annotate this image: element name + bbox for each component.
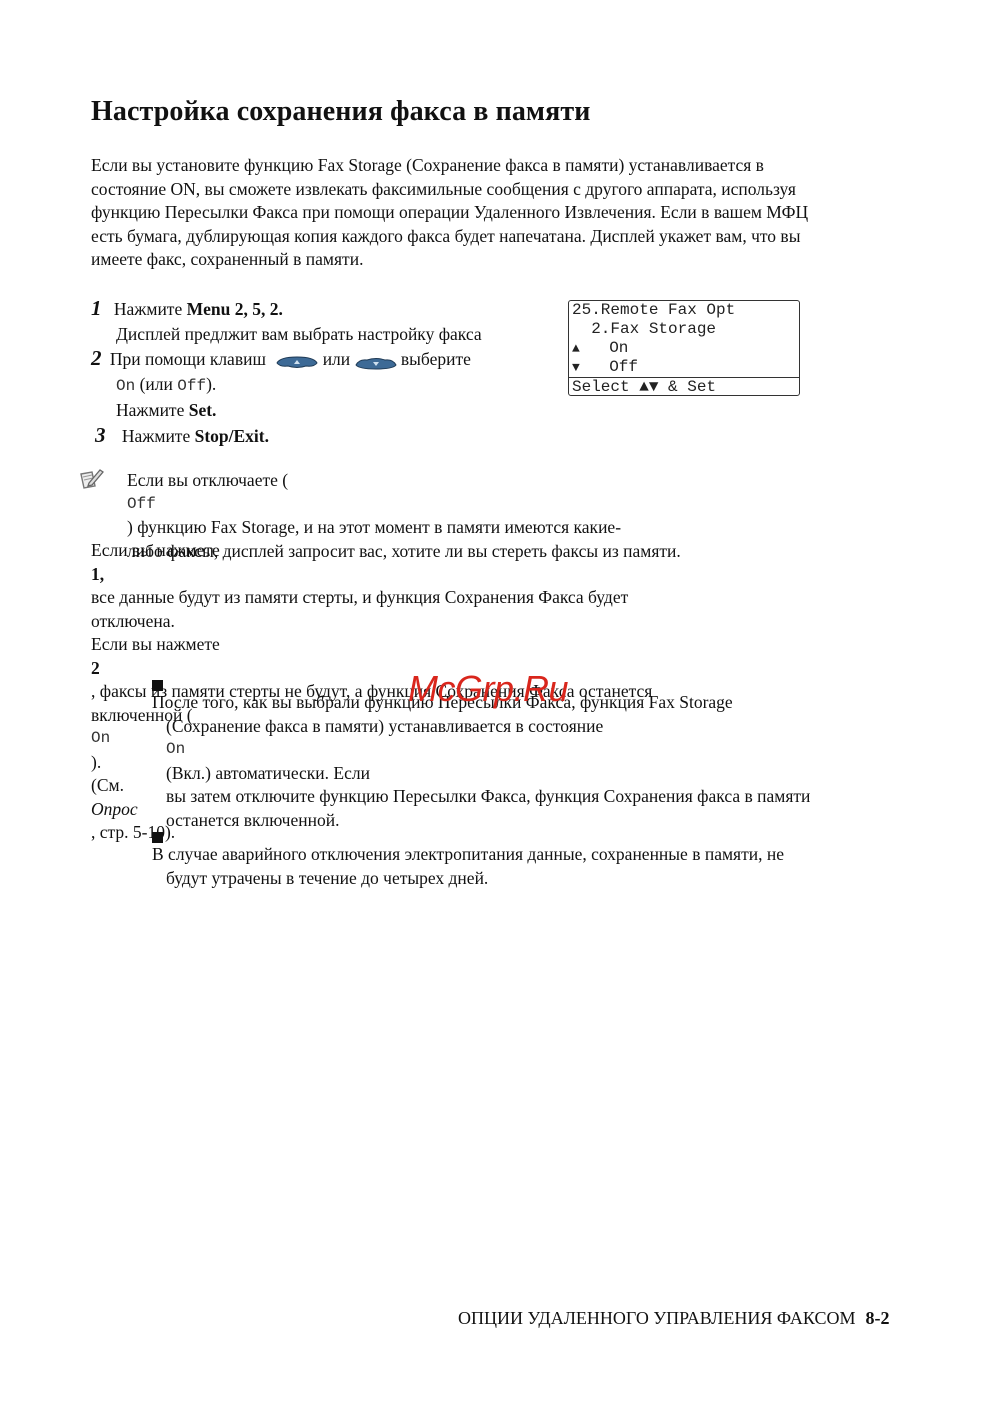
lcd-line: ▲ On xyxy=(569,339,799,358)
step-text: ). xyxy=(206,374,216,394)
step-text: Нажмите xyxy=(116,400,189,420)
step-number: 3 xyxy=(95,423,106,448)
page-number: 8-2 xyxy=(866,1308,890,1328)
bullet-list: После того, как вы выбрали функцию Перес… xyxy=(152,680,952,890)
reference-link[interactable]: Опрос xyxy=(91,799,138,819)
code-on: On xyxy=(166,738,952,762)
menu-keys: Menu 2, 5, 2. xyxy=(187,299,283,319)
step-2: 2 При помощи клавиш или выберите xyxy=(91,346,561,372)
note-line: Если вы отключаете (Off) функцию Fax Sto… xyxy=(127,469,947,540)
step-text: (или xyxy=(135,374,177,394)
steps-list: 1 Нажмите Menu 2, 5, 2. Дисплей предлжит… xyxy=(91,296,561,448)
page-title: Настройка сохранения факса в памяти xyxy=(91,96,590,128)
up-arrow-key-icon xyxy=(276,352,318,366)
bullet-item: В случае аварийного отключения электропи… xyxy=(152,832,952,867)
step-number: 1 xyxy=(91,296,102,321)
code-off: Off xyxy=(127,493,947,517)
bullet-line: останется включенной. xyxy=(152,809,952,833)
key-1: 1, xyxy=(91,564,104,584)
bullet-text: (Сохранение факса в памяти) устанавливае… xyxy=(166,715,952,739)
option-off: Off xyxy=(177,377,206,395)
step-text: Нажмите xyxy=(114,299,187,319)
lcd-option-on: On xyxy=(590,339,628,357)
text-part: Если вы нажмете xyxy=(91,539,941,563)
step-2-options: On (или Off). xyxy=(91,372,561,399)
intro-line: состояние ON, вы сможете извлекать факси… xyxy=(91,178,941,202)
intro-line: функцию Пересылки Факса при помощи опера… xyxy=(91,201,941,225)
intro-line: Если вы установите функцию Fax Storage (… xyxy=(91,154,941,178)
step-text: При помощи клавиш xyxy=(110,349,266,369)
square-bullet-icon xyxy=(152,832,163,843)
intro-line: имеете факс, сохраненный в памяти. xyxy=(91,248,941,272)
step-3: 3 Нажмите Stop/Exit. xyxy=(91,423,561,449)
note-pencil-icon xyxy=(78,468,104,492)
bullet-text: В случае аварийного отключения электропи… xyxy=(152,843,952,867)
lcd-option-off: Off xyxy=(590,358,638,376)
bullet-line: будут утрачены в течение до четырех дней… xyxy=(152,867,952,891)
stop-exit-key: Stop/Exit. xyxy=(195,426,269,446)
lcd-display: 25.Remote Fax Opt 2.Fax Storage ▲ On ▼ O… xyxy=(568,300,800,396)
intro-line: есть бумага, дублирующая копия каждого ф… xyxy=(91,225,941,249)
note-text-part: Если вы отключаете ( xyxy=(127,469,947,493)
footer-section-title: ОПЦИИ УДАЛЕННОГО УПРАВЛЕНИЯ ФАКСОМ xyxy=(458,1308,856,1328)
down-arrow-key-icon xyxy=(355,352,397,366)
set-key: Set. xyxy=(189,400,217,420)
bullet-line: (Сохранение факса в памяти) устанавливае… xyxy=(152,715,952,786)
lcd-line: 2.Fax Storage xyxy=(569,320,799,339)
square-bullet-icon xyxy=(152,680,163,691)
down-triangle-icon: ▼ xyxy=(572,358,590,377)
page-footer: ОПЦИИ УДАЛЕННОГО УПРАВЛЕНИЯ ФАКСОМ8-2 xyxy=(458,1308,890,1329)
step-1-detail: Дисплей предлжит вам выбрать настройку ф… xyxy=(91,322,561,347)
bullet-text: (Вкл.) автоматически. Если xyxy=(166,762,952,786)
option-on: On xyxy=(116,377,135,395)
text-part: все данные будут из памяти стерты, и фун… xyxy=(91,586,941,610)
step-text: Нажмите xyxy=(122,426,195,446)
text-part: Если вы нажмете xyxy=(91,633,941,657)
paragraph-line: Если вы нажмете 1, все данные будут из п… xyxy=(91,539,941,610)
bullet-line: вы затем отключите функцию Пересылки Фак… xyxy=(152,785,952,809)
key-2: 2 xyxy=(91,658,100,678)
step-number: 2 xyxy=(91,346,102,371)
intro-paragraph: Если вы установите функцию Fax Storage (… xyxy=(91,154,941,272)
paragraph-line: отключена. xyxy=(91,610,941,634)
lcd-line: 25.Remote Fax Opt xyxy=(569,301,799,320)
note-text-part: ) функцию Fax Storage, и на этот момент … xyxy=(127,516,947,540)
lcd-line: ▼ Off xyxy=(569,358,799,377)
step-2-press: Нажмите Set. xyxy=(91,398,561,423)
step-1: 1 Нажмите Menu 2, 5, 2. xyxy=(91,296,561,322)
or-text: или xyxy=(323,349,350,369)
lcd-footer: Select ▲▼ & Set xyxy=(569,377,799,397)
step-text: выберите xyxy=(401,349,471,369)
up-triangle-icon: ▲ xyxy=(572,339,590,358)
watermark: McGrp.Ru xyxy=(408,668,568,710)
